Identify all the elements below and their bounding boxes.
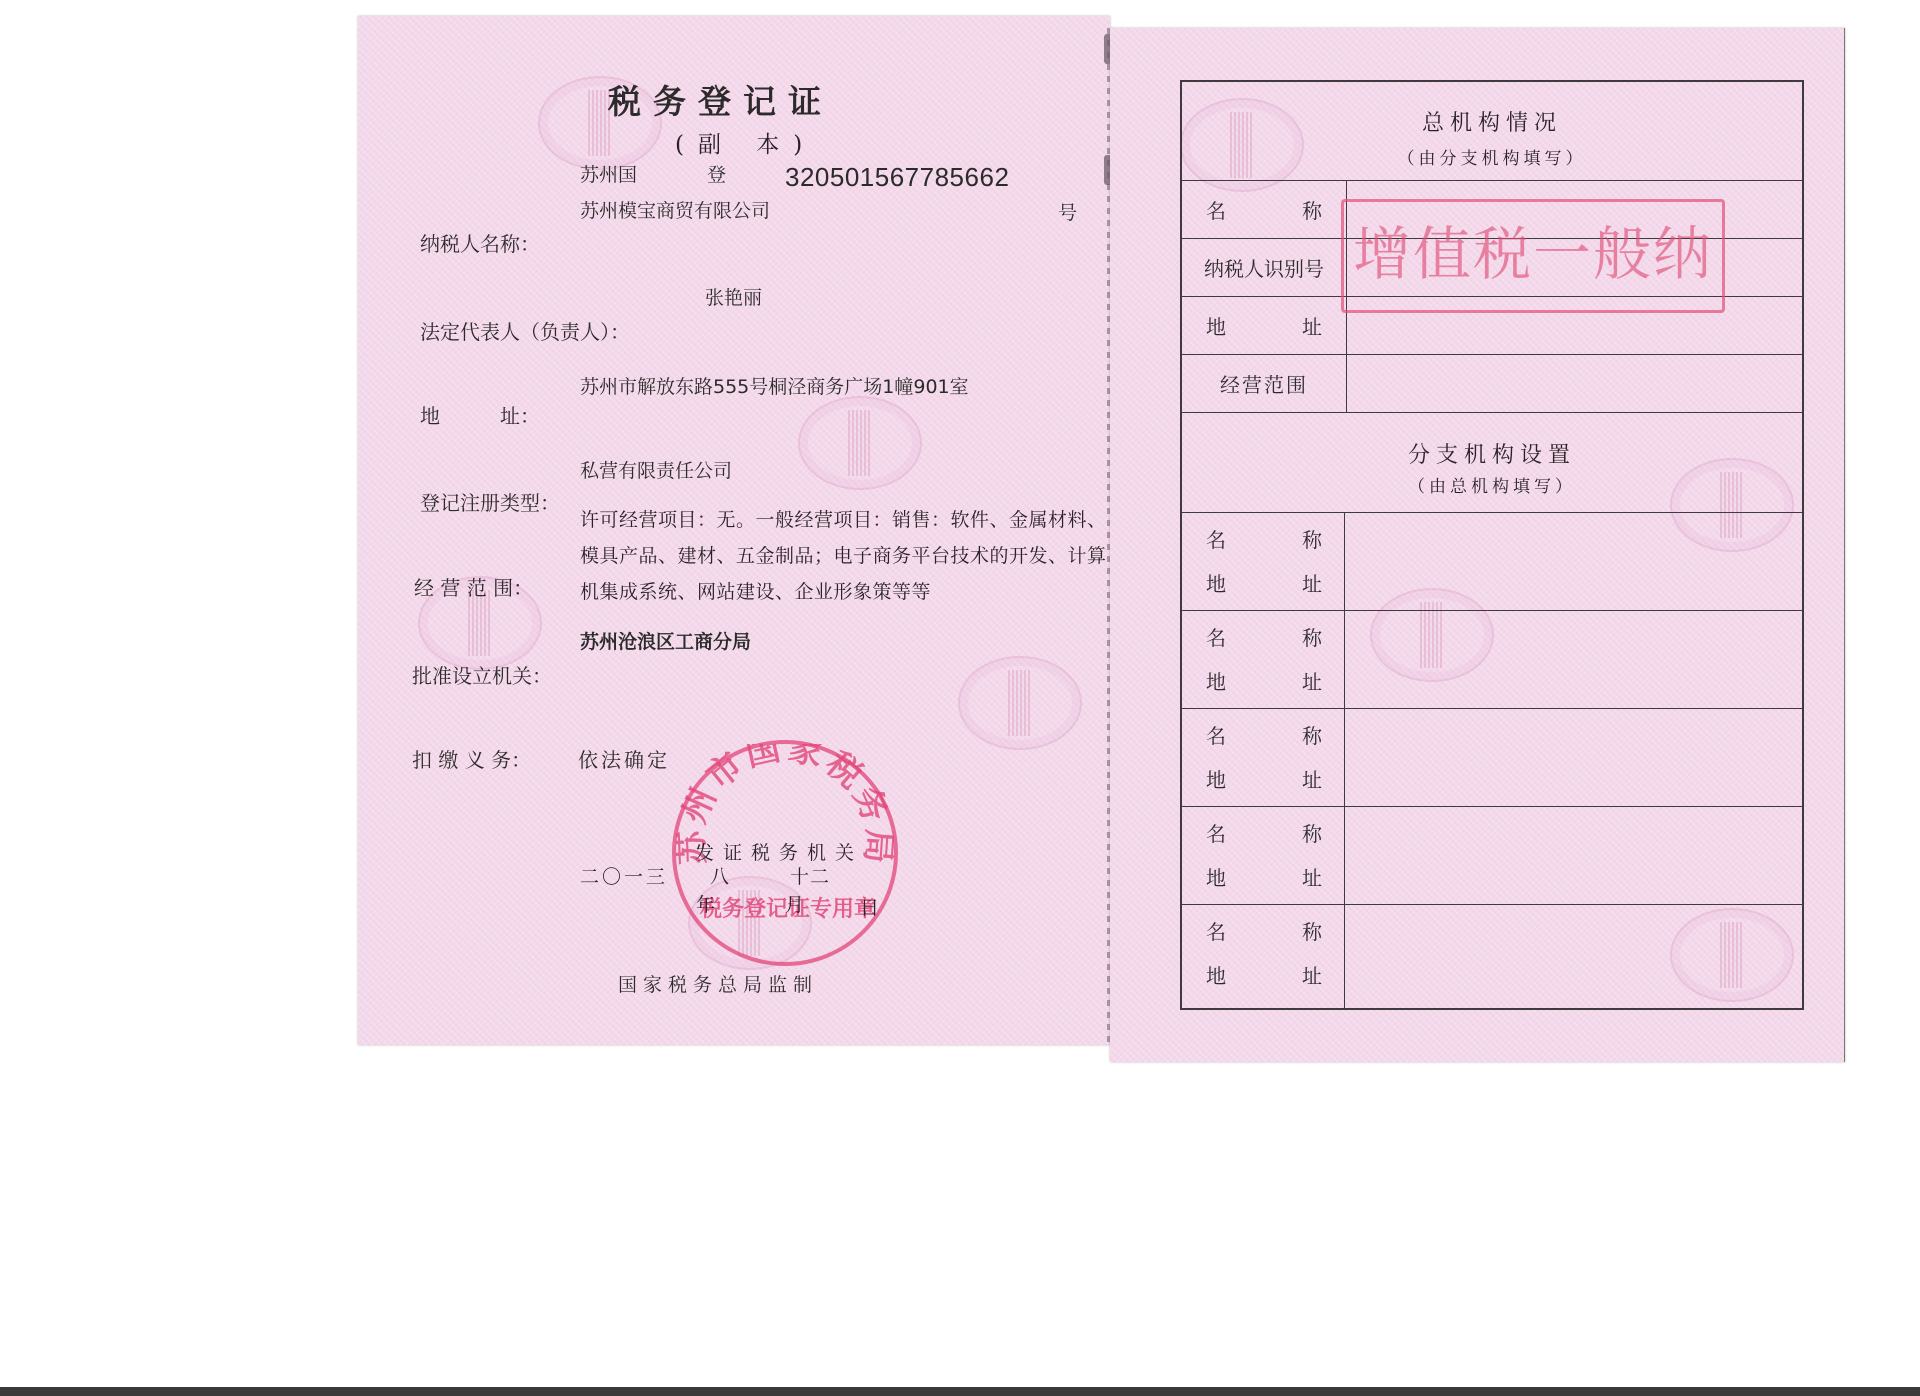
hq-name-label: 名称 <box>1182 195 1346 224</box>
branch-section-title: 分支机构设置 <box>1182 438 1802 469</box>
withholding-obligation-value: 依法确定 <box>578 744 670 773</box>
taxpayer-name-label: 纳税人名称： <box>420 228 540 257</box>
issuer-label: 发证税务机关 <box>695 838 863 865</box>
withholding-obligation-label: 扣 缴 义 务： <box>412 744 531 773</box>
taxpayer-name-value: 苏州模宝商贸有限公司 <box>580 196 770 223</box>
legal-rep-value: 张艳丽 <box>705 283 762 310</box>
branch-name-label: 名称 <box>1182 818 1346 847</box>
branch-address-label: 地址 <box>1182 862 1346 891</box>
branch-name-label: 名称 <box>1182 720 1346 749</box>
legal-rep-label: 法定代表人（负责人）： <box>420 316 630 345</box>
registration-char: 登 <box>707 160 726 187</box>
scanner-edge-band <box>0 1387 1920 1396</box>
branch-name-label: 名称 <box>1182 916 1346 945</box>
supervision-footer: 国家税务总局监制 <box>618 970 818 997</box>
registration-number: 320501567785662 <box>785 162 1009 193</box>
hq-address-label: 地址 <box>1182 311 1346 340</box>
business-scope-value: 许可经营项目：无。一般经营项目：销售：软件、金属材料、模具产品、建材、五金制品；… <box>580 502 1120 610</box>
hq-section-title: 总机构情况 <box>1182 106 1802 137</box>
day-unit: 日 <box>860 893 880 920</box>
branch-address-label: 地址 <box>1182 764 1346 793</box>
tax-emblem-watermark-icon <box>958 656 1082 750</box>
registration-type-label: 登记注册类型： <box>420 487 560 516</box>
approval-authority-label: 批准设立机关： <box>412 660 552 689</box>
approval-authority-value: 苏州沧浪区工商分局 <box>580 627 751 654</box>
year-unit: 年 <box>696 890 716 917</box>
branch-section-subtitle: （由总机构填写） <box>1182 472 1802 497</box>
branch-address-label: 地址 <box>1182 666 1346 695</box>
tax-emblem-watermark-icon <box>798 396 922 490</box>
branch-address-label: 地址 <box>1182 960 1346 989</box>
certificate-subtitle: (副 本) <box>675 126 816 159</box>
business-scope-label: 经 营 范 围： <box>414 572 533 601</box>
registration-suffix: 号 <box>1058 198 1077 225</box>
month-unit: 月 <box>785 890 805 917</box>
hq-business-scope-label: 经营范围 <box>1182 369 1346 398</box>
certificate-title: 税务登记证 <box>608 76 833 123</box>
registration-type-value: 私营有限责任公司 <box>580 456 732 483</box>
branch-address-label: 地址 <box>1182 568 1346 597</box>
rectangular-stamp-icon: 增值税一般纳税人 <box>1341 199 1725 313</box>
address-label: 地 址： <box>420 400 540 429</box>
issue-year: 二〇一三 <box>580 862 668 889</box>
registration-prefix: 苏州国 <box>580 160 637 187</box>
hq-taxpayer-id-label: 纳税人识别号 <box>1182 253 1346 282</box>
address-value: 苏州市解放东路555号桐泾商务广场1幢901室 <box>580 372 969 399</box>
issue-month: 八 <box>710 862 730 889</box>
branch-name-label: 名称 <box>1182 524 1346 553</box>
hq-section-subtitle: （由分支机构填写） <box>1182 144 1802 169</box>
branch-name-label: 名称 <box>1182 622 1346 651</box>
issue-day: 十二 <box>790 862 830 889</box>
